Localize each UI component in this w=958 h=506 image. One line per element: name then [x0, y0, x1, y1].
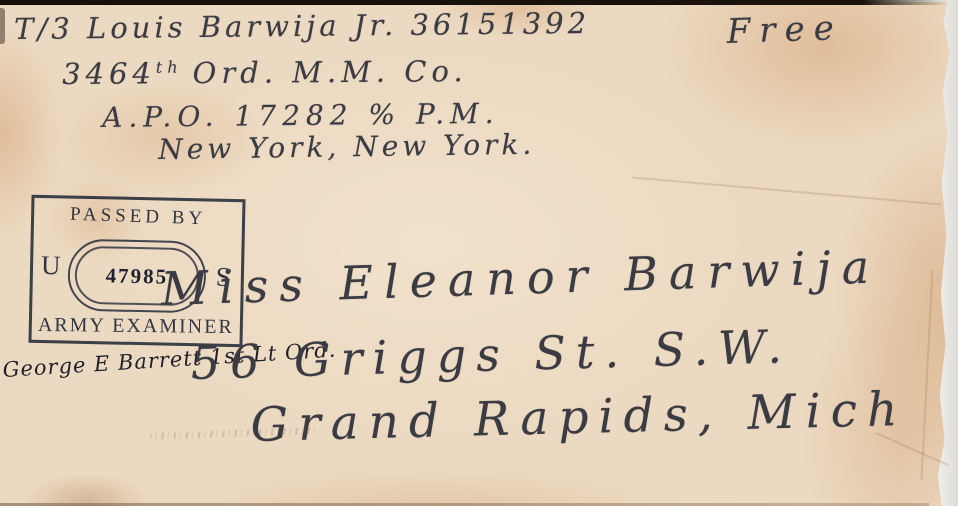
return-address-line-4: New York, New York. — [158, 128, 536, 166]
censor-stamp-letter-u: U — [41, 250, 61, 281]
censor-stamp-passed-by: PASSED BY — [34, 202, 243, 231]
unit-ordinal: th — [156, 58, 183, 77]
unit-name: Ord. M.M. Co. — [192, 54, 467, 90]
censor-examiner-number: 47985 — [105, 263, 168, 289]
envelope-scan: T/3 Louis Barwija Jr. 36151392 3464thOrd… — [0, 0, 958, 506]
scan-edge-top — [0, 0, 958, 5]
scan-edge-left-mark — [0, 8, 5, 44]
return-address-line-1: T/3 Louis Barwija Jr. 36151392 — [14, 6, 590, 46]
unit-number: 3464 — [62, 56, 156, 91]
return-address-line-2: 3464thOrd. M.M. Co. — [62, 54, 468, 91]
free-frank-marking: Free — [726, 8, 843, 52]
